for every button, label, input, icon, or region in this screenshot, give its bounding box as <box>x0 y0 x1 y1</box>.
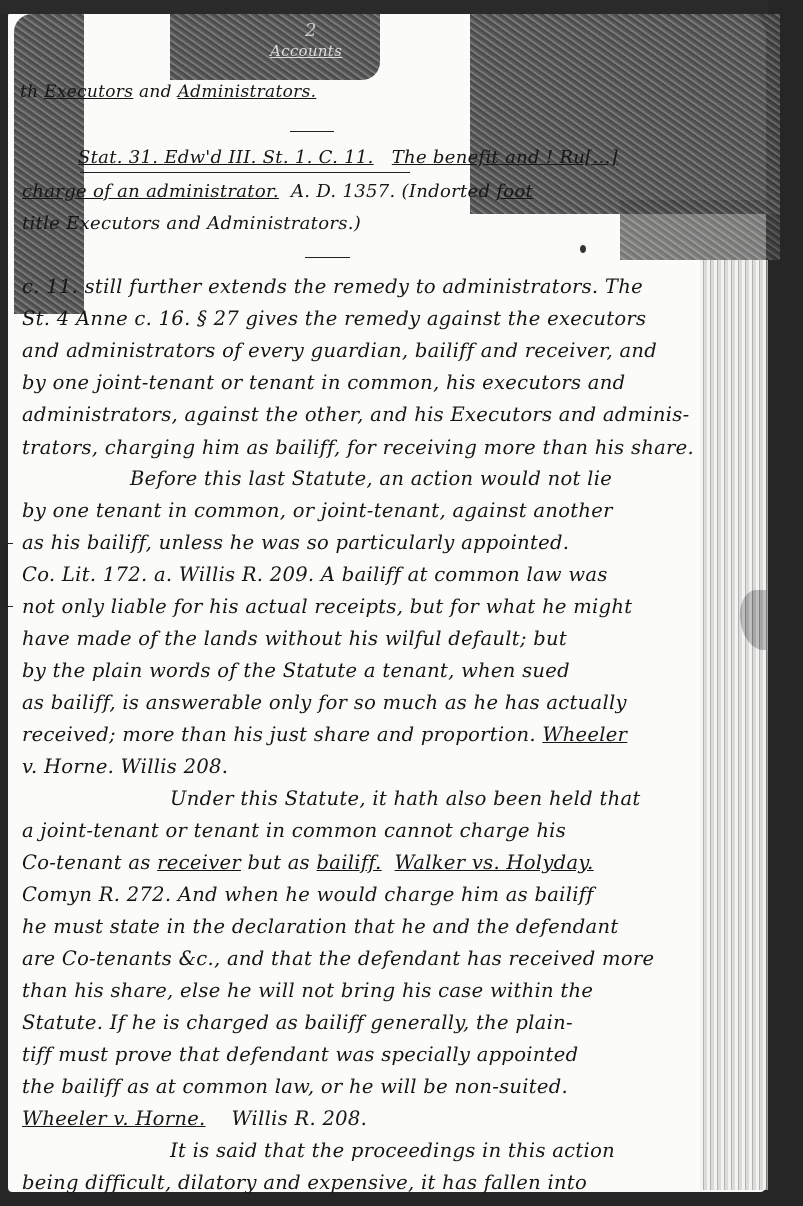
body-line: trators, charging him as bailiff, for re… <box>22 436 694 459</box>
body-line: he must state in the declaration that he… <box>22 915 618 938</box>
title-and: and <box>139 82 172 102</box>
statute-date: A. D. 1357. (Indorted <box>291 181 490 202</box>
body-line: St. 4 Anne c. 16. § 27 gives the remedy … <box>22 307 646 330</box>
double-underline <box>80 172 410 173</box>
body-line: Statute. If he is charged as bailiff gen… <box>22 1011 573 1034</box>
title-prefix: th <box>20 82 38 102</box>
body-line: are Co-tenants &c., and that the defenda… <box>22 947 654 970</box>
term-bailiff: bailiff. <box>317 851 382 874</box>
divider-short-2 <box>305 257 350 258</box>
ink-blot <box>580 245 586 253</box>
body-line: not only liable for his actual receipts,… <box>22 595 632 618</box>
body-line: by the plain words of the Statute a tena… <box>22 659 570 682</box>
case-citation: Walker vs. Holyday. <box>395 851 594 874</box>
scan-border-top <box>0 0 803 14</box>
body-line: Co. Lit. 172. a. Willis R. 209. A bailif… <box>22 563 608 586</box>
divider-short <box>290 131 334 132</box>
body-line: a joint-tenant or tenant in common canno… <box>22 819 566 842</box>
photocopy-smudge-right-lower <box>620 200 780 260</box>
body-line: Co-tenant as receiver but as bailiff. Wa… <box>22 851 594 874</box>
case-citation: Wheeler <box>542 723 627 746</box>
case-citation: Wheeler v. Horne. <box>22 1107 206 1130</box>
statute-heading-line-3: title Executors and Administrators.) <box>22 213 361 234</box>
line-text: Willis R. 208. <box>232 1107 368 1130</box>
section-title: th Executors and Administrators. <box>20 82 316 102</box>
statute-heading-line-2: charge of an administrator. A. D. 1357. … <box>22 181 533 202</box>
body-line: by one tenant in common, or joint-tenant… <box>22 499 613 522</box>
title-administrators: Administrators. <box>178 82 317 102</box>
statute-foot: foot <box>496 181 533 202</box>
body-line: Comyn R. 272. And when he would charge h… <box>22 883 594 906</box>
line-text: received; more than his just share and p… <box>22 723 536 746</box>
photocopy-edge-shadow <box>700 260 768 1190</box>
title-executors: Executors <box>44 82 133 102</box>
statute-heading-line-1: Stat. 31. Edw'd III. St. 1. C. 11. The b… <box>78 147 618 168</box>
body-line: Wheeler v. Horne. Willis R. 208. <box>22 1107 367 1130</box>
photocopy-smudge-left <box>14 14 84 314</box>
line-text: but as <box>247 851 310 874</box>
body-line: v. Horne. Willis 208. <box>22 755 228 778</box>
statute-subject-cont: charge of an administrator. <box>22 181 279 202</box>
statute-subject: The benefit and ! Ru[...] <box>392 147 618 168</box>
body-line: as his bailiff, unless he was so particu… <box>22 531 569 554</box>
margin-bracket <box>6 543 13 607</box>
body-line: It is said that the proceedings in this … <box>170 1139 615 1162</box>
body-line: received; more than his just share and p… <box>22 723 627 746</box>
body-line: as bailiff, is answerable only for so mu… <box>22 691 627 714</box>
body-line: have made of the lands without his wilfu… <box>22 627 567 650</box>
page-number: 2 <box>305 20 317 41</box>
body-line: administrators, against the other, and h… <box>22 403 690 426</box>
statute-citation: Stat. 31. Edw'd III. St. 1. C. 11. <box>78 147 374 168</box>
body-line: and administrators of every guardian, ba… <box>22 339 657 362</box>
body-line: c. 11. still further extends the remedy … <box>22 275 643 298</box>
body-line: Under this Statute, it hath also been he… <box>170 787 641 810</box>
body-line: than his share, else he will not bring h… <box>22 979 593 1002</box>
running-head: Accounts <box>270 42 342 60</box>
line-text: Co-tenant as <box>22 851 151 874</box>
scanned-page: 2 Accounts th Executors and Administrato… <box>0 0 803 1206</box>
term-receiver: receiver <box>157 851 241 874</box>
body-line: Before this last Statute, an action woul… <box>130 467 612 490</box>
body-line: being difficult, dilatory and expensive,… <box>22 1171 587 1194</box>
body-line: by one joint-tenant or tenant in common,… <box>22 371 625 394</box>
body-line: tiff must prove that defendant was speci… <box>22 1043 578 1066</box>
body-line: the bailiff as at common law, or he will… <box>22 1075 568 1098</box>
